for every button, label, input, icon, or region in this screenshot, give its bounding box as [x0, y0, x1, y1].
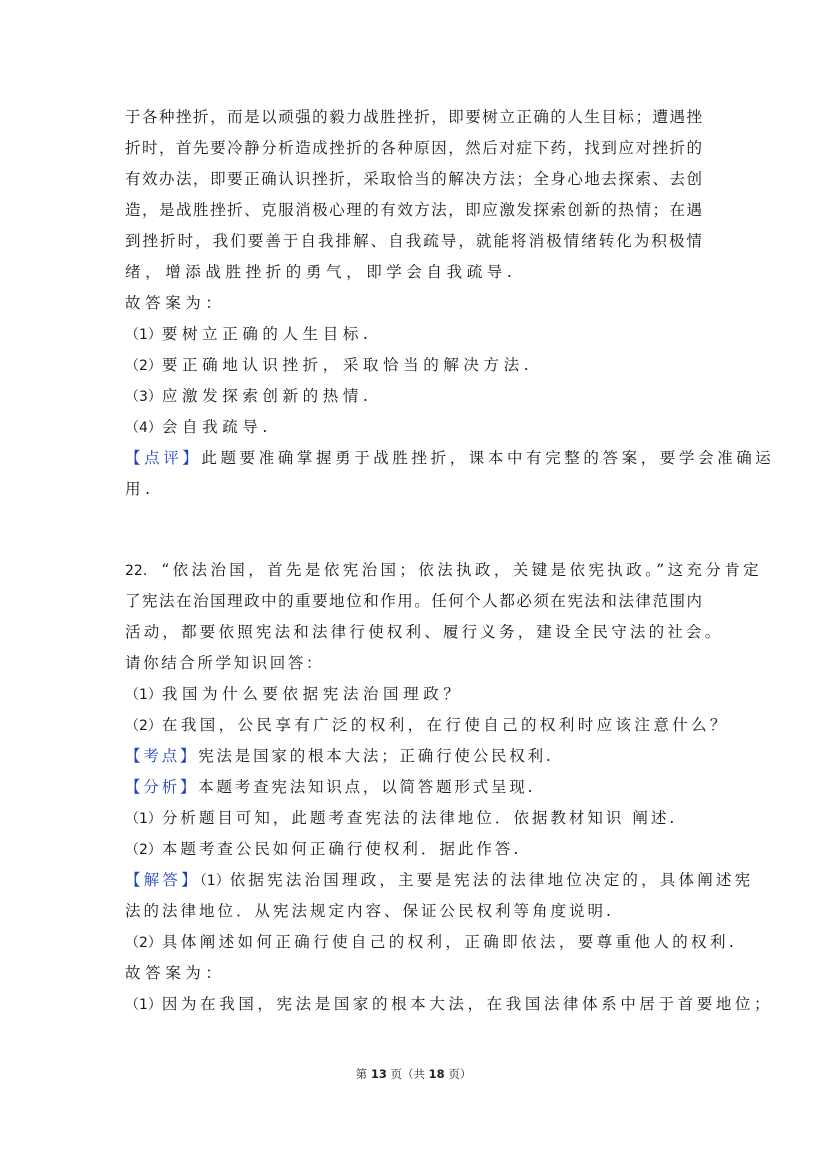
answer-item: （1）因为在我国，宪法是国家的根本大法，在我国法律体系中居于首要地位；	[125, 989, 702, 1020]
item-number: （2）	[125, 358, 162, 374]
item-text: 因为在我国，宪法是国家的根本大法，在我国法律体系中居于首要地位；	[162, 995, 773, 1013]
item-text: 要正确地认识挫折，采取恰当的解决方法.	[162, 356, 533, 374]
jieda-text: 依据宪法治国理政，主要是宪法的法律地位决定的，具体阐述宪	[230, 871, 754, 889]
item-text: 要树立正确的人生目标.	[162, 325, 373, 343]
paragraph-line: 折时，首先要冷静分析造成挫折的各种原因，然后对症下药，找到应对挫折的	[125, 133, 702, 164]
item-number: （2）	[125, 842, 162, 858]
item-text: 在我国，公民享有广泛的权利，在行使自己的权利时应该注意什么？	[162, 716, 729, 734]
item-number: （3）	[125, 389, 162, 405]
paragraph-line: 到挫折时，我们要善于自我排解、自我疏导，就能将消极情绪转化为积极情	[125, 226, 702, 257]
item-number: （1）	[200, 873, 230, 889]
total-pages-number: 18	[429, 1067, 445, 1081]
sub-question: （1）我国为什么要依据宪法治国理政？	[125, 679, 702, 710]
kaodian-line: 【考点】宪法是国家的根本大法；正确行使公民权利.	[125, 741, 702, 772]
question-number: 22.	[125, 563, 147, 579]
sub-question: （2）在我国，公民享有广泛的权利，在行使自己的权利时应该注意什么？	[125, 710, 702, 741]
item-text: 具体阐述如何正确行使自己的权利，正确即依法，要尊重他人的权利.	[162, 933, 737, 951]
spacer	[125, 505, 702, 555]
paragraph-line: 造，是战胜挫折、克服消极心理的有效方法，即应激发探索创新的热情；在遇	[125, 195, 702, 226]
item-number: （1）	[125, 811, 162, 827]
question-prompt: 请你结合所学知识回答：	[125, 648, 702, 679]
kaodian-text: 宪法是国家的根本大法；正确行使公民权利.	[198, 747, 553, 765]
footer-prefix: 第	[356, 1067, 368, 1081]
item-text: 我国为什么要依据宪法治国理政？	[162, 685, 464, 703]
fenxi-text: 本题考查宪法知识点，以简答题形式呈现.	[198, 778, 535, 796]
answer-item: （1）要树立正确的人生目标.	[125, 319, 702, 350]
paragraph-line: 于各种挫折，而是以顽强的毅力战胜挫折，即要树立正确的人生目标；遭遇挫	[125, 102, 702, 133]
item-number: （4）	[125, 420, 162, 436]
item-number: （1）	[125, 997, 162, 1013]
fenxi-item: （1）分析题目可知，此题考查宪法的法律地位．依据教材知识 阐述.	[125, 803, 702, 834]
item-number: （2）	[125, 935, 162, 951]
current-page-number: 13	[371, 1067, 387, 1081]
stem-text: “依法治国，首先是依宪治国；依法执政，关键是依宪执政。”这充分肯定	[161, 561, 762, 579]
item-text: 会自我疏导.	[162, 418, 272, 436]
fenxi-line: 【分析】本题考查宪法知识点，以简答题形式呈现.	[125, 772, 702, 803]
comment-tag: 【点评】	[125, 449, 201, 467]
document-page: 于各种挫折，而是以顽强的毅力战胜挫折，即要树立正确的人生目标；遭遇挫 折时，首先…	[125, 102, 702, 1020]
jieda-line: 法的法律地位．从宪法规定内容、保证公民权利等角度说明.	[125, 896, 702, 927]
comment-line: 用.	[125, 474, 702, 505]
answer-item: （3）应激发探索创新的热情.	[125, 381, 702, 412]
answer-item: （2）要正确地认识挫折，采取恰当的解决方法.	[125, 350, 702, 381]
jieda-item: （2）具体阐述如何正确行使自己的权利，正确即依法，要尊重他人的权利.	[125, 927, 702, 958]
fenxi-item: （2）本题考查公民如何正确行使权利．据此作答.	[125, 834, 702, 865]
answer-item: （4）会自我疏导.	[125, 412, 702, 443]
item-number: （2）	[125, 718, 162, 734]
paragraph-line: 绪，增添战胜挫折的勇气，即学会自我疏导.	[125, 257, 702, 288]
item-text: 应激发探索创新的热情.	[162, 387, 373, 405]
item-text: 分析题目可知，此题考查宪法的法律地位．依据教材知识 阐述.	[162, 809, 677, 827]
footer-mid: 页（共	[391, 1067, 426, 1081]
comment-text: 此题要准确掌握勇于战胜挫折，课本中有完整的答案，要学会准确运	[201, 449, 774, 467]
question-stem-line: 22.“依法治国，首先是依宪治国；依法执政，关键是依宪执政。”这充分肯定	[125, 555, 702, 586]
item-text: 本题考查公民如何正确行使权利．据此作答.	[162, 840, 521, 858]
comment-line: 【点评】此题要准确掌握勇于战胜挫折，课本中有完整的答案，要学会准确运	[125, 443, 702, 474]
question-stem-line: 活动，都要依照宪法和法律行使权利、履行义务，建设全民守法的社会。	[125, 617, 702, 648]
item-number: （1）	[125, 687, 162, 703]
question-stem-line: 了宪法在治国理政中的重要地位和作用。任何个人都必须在宪法和法律范围内	[125, 586, 702, 617]
paragraph-line: 有效办法，即要正确认识挫折，采取恰当的解决方法；全身心地去探索、去创	[125, 164, 702, 195]
jieda-tag: 【解答】	[125, 871, 200, 889]
jieda-line: 【解答】（1）依据宪法治国理政，主要是宪法的法律地位决定的，具体阐述宪	[125, 865, 702, 896]
answer-intro: 故答案为：	[125, 288, 702, 319]
kaodian-tag: 【考点】	[125, 747, 198, 765]
item-number: （1）	[125, 327, 162, 343]
fenxi-tag: 【分析】	[125, 778, 198, 796]
footer-suffix: 页）	[448, 1067, 471, 1081]
page-footer: 第 13 页（共 18 页）	[0, 1066, 827, 1082]
answer-intro: 故答案为：	[125, 958, 702, 989]
